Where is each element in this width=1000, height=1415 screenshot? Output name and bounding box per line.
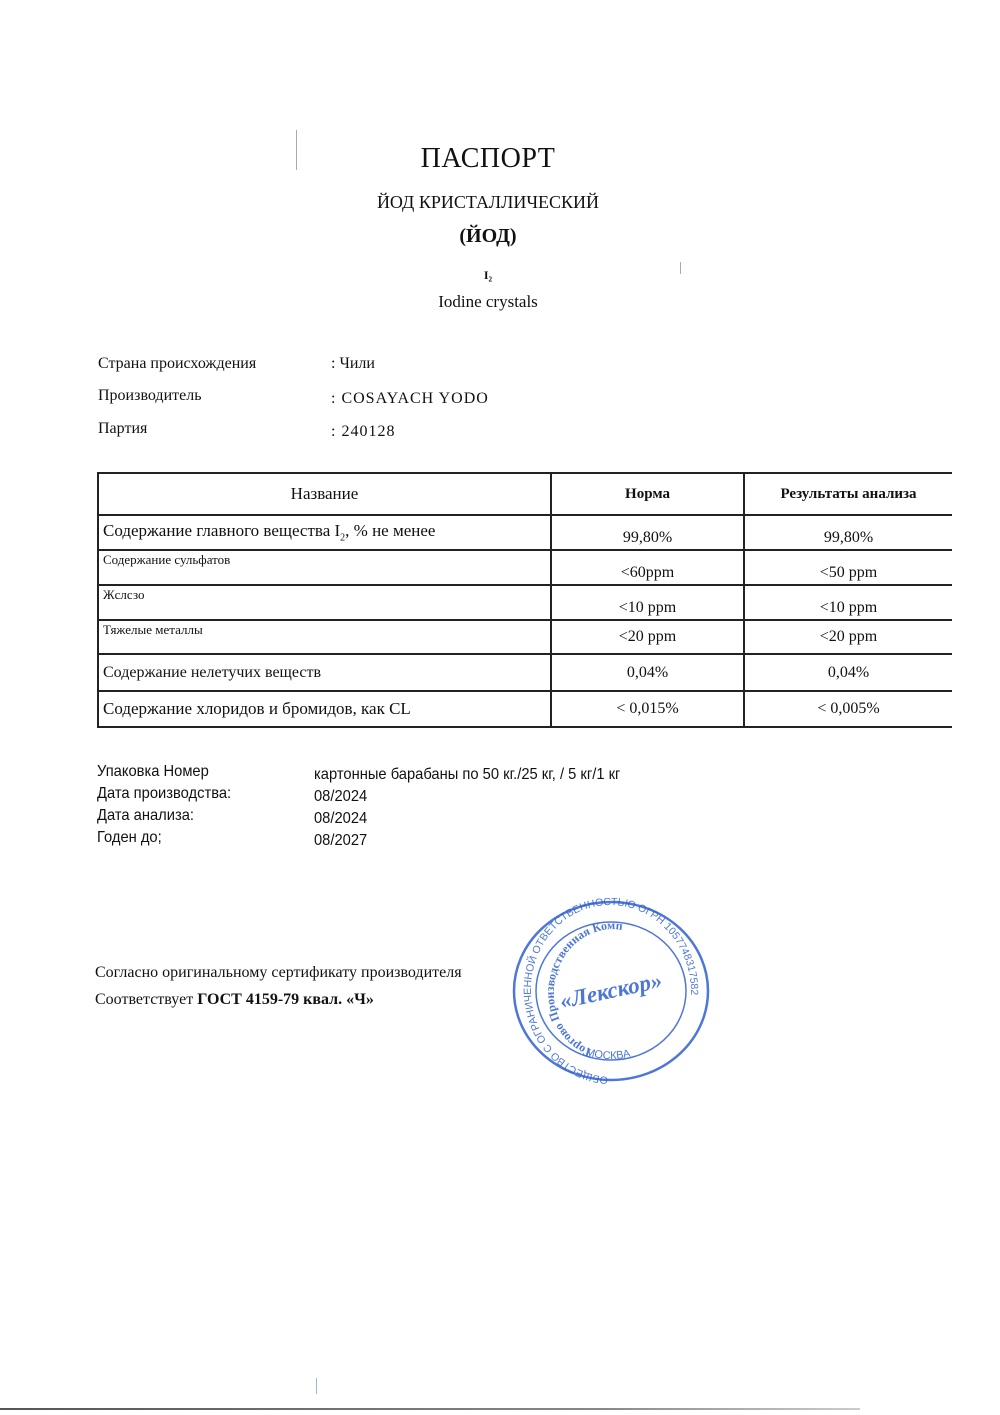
- chemical-formula: I₂: [0, 268, 976, 283]
- batch-label: Партия: [98, 420, 147, 438]
- row-result: 99,80%: [744, 515, 952, 550]
- gost-statement: Соответствует ГОСТ 4159-79 квал. «Ч»: [95, 991, 374, 1009]
- expiry-value: 08/2027: [314, 832, 367, 850]
- table-row: Содержание хлоридов и бромидов, как CL <…: [98, 691, 952, 727]
- analysis-date-value: 08/2024: [314, 810, 367, 828]
- header-name: Название: [98, 473, 551, 515]
- row-result: <20 ppm: [744, 620, 952, 654]
- row-name: Содержание сульфатов: [98, 550, 551, 585]
- row-name: Тяжелые металлы: [98, 620, 551, 654]
- table-header-row: Название Норма Результаты анализа: [98, 473, 952, 515]
- packaging-label: Упаковка Номер: [97, 763, 209, 781]
- page-edge-line: [0, 1408, 860, 1410]
- row-norm: < 0,015%: [551, 691, 744, 727]
- row-result: < 0,005%: [744, 691, 952, 727]
- specification-table: Название Норма Результаты анализа Содерж…: [97, 472, 952, 728]
- row-name: Содержание главного вещества I2, % не ме…: [98, 515, 551, 550]
- scan-artifact: [680, 262, 681, 274]
- product-short-name: (ЙОД): [0, 225, 976, 248]
- row-name: Содержание хлоридов и бромидов, как CL: [98, 691, 551, 727]
- header-norm: Норма: [551, 473, 744, 515]
- row-norm: <60ppm: [551, 550, 744, 585]
- certificate-statement: Согласно оригинальному сертификату произ…: [95, 964, 462, 982]
- scan-artifact: [316, 1378, 317, 1394]
- row-norm: <10 ppm: [551, 585, 744, 620]
- manufacturer-value: : COSAYACH YODO: [331, 390, 489, 408]
- row-result: <50 ppm: [744, 550, 952, 585]
- scan-artifact: [296, 130, 297, 170]
- svg-text:МОСКВА: МОСКВА: [584, 1046, 632, 1062]
- stamp-seal-icon: ОБЩЕСТВО С ОГРАНИЧЕННОЙ ОТВЕТСТВЕННОСТЬЮ…: [510, 898, 712, 1084]
- row-norm: 99,80%: [551, 515, 744, 550]
- header-result: Результаты анализа: [744, 473, 952, 515]
- product-name: ЙОД КРИСТАЛЛИЧЕСКИЙ: [0, 192, 976, 213]
- table-row: Тяжелые металлы <20 ppm <20 ppm: [98, 620, 952, 654]
- company-stamp: ОБЩЕСТВО С ОГРАНИЧЕННОЙ ОТВЕТСТВЕННОСТЬЮ…: [510, 898, 712, 1084]
- table-row: Содержание нелетучих веществ 0,04% 0,04%: [98, 654, 952, 691]
- production-date-value: 08/2024: [314, 788, 367, 806]
- document-title: ПАСПОРТ: [0, 143, 976, 175]
- production-date-label: Дата производства:: [97, 785, 231, 803]
- manufacturer-label: Производитель: [98, 387, 202, 405]
- row-norm: <20 ppm: [551, 620, 744, 654]
- origin-label: Страна происхождения: [98, 355, 256, 373]
- english-name: Iodine crystals: [0, 292, 976, 312]
- row-result: <10 ppm: [744, 585, 952, 620]
- row-name: Жслсзо: [98, 585, 551, 620]
- row-norm: 0,04%: [551, 654, 744, 691]
- expiry-label: Годен до;: [97, 829, 162, 847]
- row-result: 0,04%: [744, 654, 952, 691]
- row-name: Содержание нелетучих веществ: [98, 654, 551, 691]
- analysis-date-label: Дата анализа:: [97, 807, 194, 825]
- packaging-value: картонные барабаны по 50 кг./25 кг, / 5 …: [314, 766, 620, 784]
- origin-value: : Чили: [331, 355, 375, 373]
- table-row: Содержание главного вещества I2, % не ме…: [98, 515, 952, 550]
- batch-value: : 240128: [331, 423, 395, 441]
- table-row: Жслсзо <10 ppm <10 ppm: [98, 585, 952, 620]
- svg-text:«Лекскор»: «Лекскор»: [558, 967, 665, 1013]
- table-row: Содержание сульфатов <60ppm <50 ppm: [98, 550, 952, 585]
